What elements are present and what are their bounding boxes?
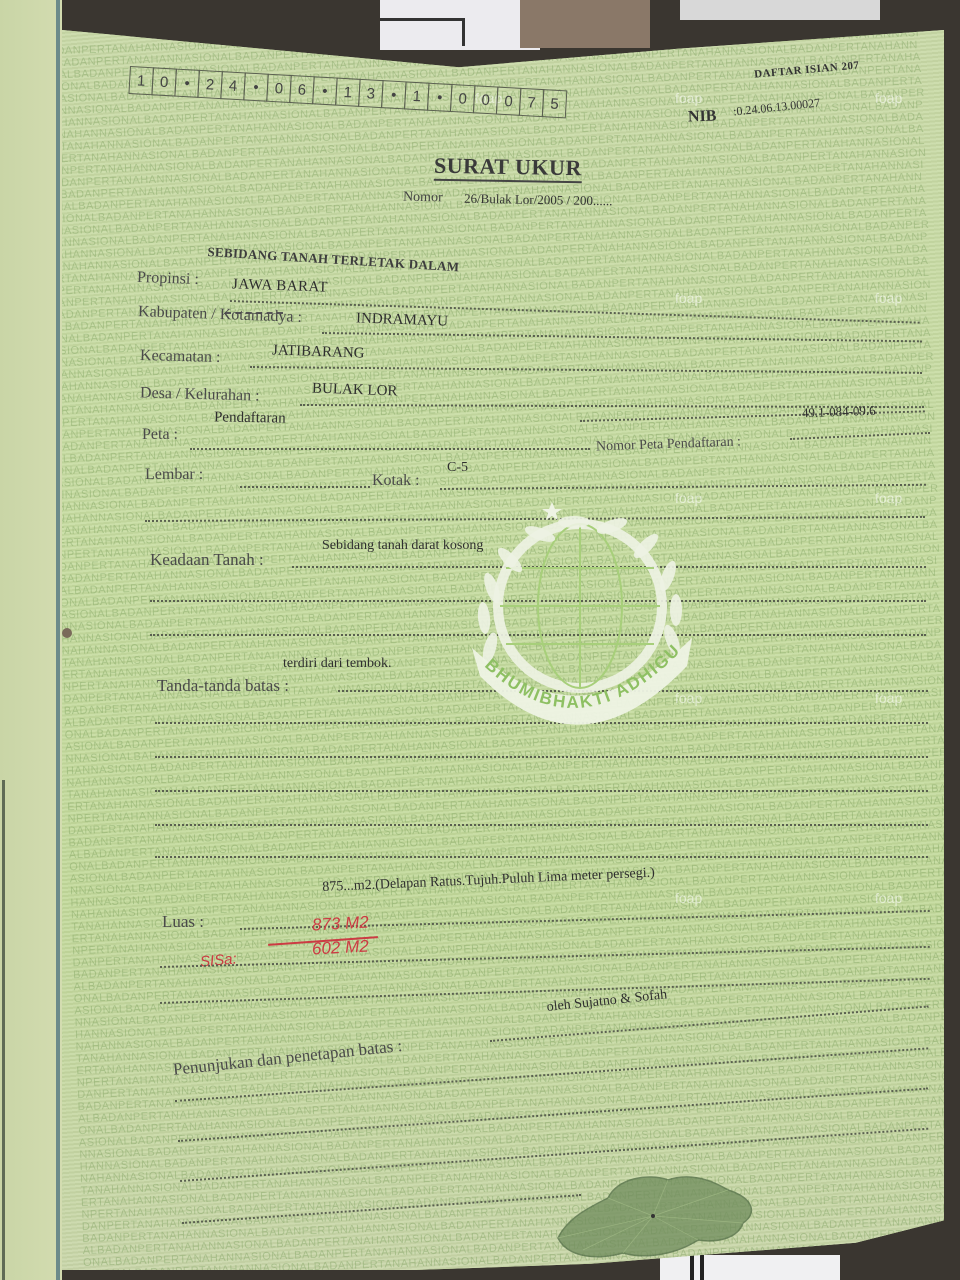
nib-value: :0.24.06.13.00027 — [732, 95, 820, 119]
number-box: 7 — [519, 88, 545, 117]
photo-watermark: foap — [875, 90, 902, 106]
number-box: • — [174, 69, 200, 98]
number-box: 2 — [197, 70, 223, 99]
peta-dotted-line — [190, 448, 590, 450]
number-box: 0 — [266, 74, 292, 103]
kotak-label: Kotak : — [372, 472, 420, 490]
luas-label: Luas : — [162, 912, 204, 932]
number-box: 0 — [450, 84, 476, 113]
keadaan-tanah-label: Keadaan Tanah : — [150, 550, 264, 570]
penunjukan-label: Penunjukan dan penetapan batas : — [172, 1036, 403, 1080]
number-box: 0 — [151, 67, 177, 96]
lembar-label: Lembar : — [145, 466, 203, 484]
kabupaten-label: Kabupaten / Kotamadya : — [138, 303, 302, 327]
propinsi-value: JAWA BARAT — [232, 276, 328, 296]
propinsi-label: Propinsi : — [137, 269, 199, 289]
blank-dotted-line — [160, 978, 930, 1004]
blank-dotted-line — [182, 1194, 581, 1224]
handwritten-correction: 602 M2 — [312, 937, 370, 960]
number-box: • — [427, 83, 453, 112]
keadaan-tanah-value: Sebidang tanah darat kosong — [322, 538, 483, 554]
nomor-peta-label: Nomor Peta Pendaftaran : — [596, 434, 741, 455]
luas-value: 875...m2.(Delapan Ratus.Tujuh.Puluh Lima… — [322, 865, 655, 895]
photo-watermark: foap — [675, 90, 702, 106]
handwritten-number-boxes: 10•24•06•13•1•00075 — [128, 66, 566, 118]
peta-value: Pendaftaran — [214, 409, 286, 427]
photo-watermark: foap — [875, 490, 902, 506]
number-box: 1 — [335, 78, 361, 107]
tanda-batas-value: terdiri dari tembok. — [283, 656, 391, 672]
blank-dotted-line — [160, 946, 930, 968]
blank-dotted-line — [178, 1088, 928, 1142]
number-box: 0 — [473, 85, 499, 114]
nomor-peta-value: 49.1-084-09.6 — [802, 403, 876, 422]
photo-watermark: foap — [875, 890, 902, 906]
number-box: • — [312, 76, 338, 105]
photo-watermark: foap — [675, 290, 702, 306]
number-box: • — [381, 80, 407, 109]
tanda-batas-label: Tanda-tanda batas : — [157, 676, 289, 696]
nomor-label: Nomor — [403, 190, 443, 207]
kabupaten-value: INDRAMAYU — [356, 310, 449, 330]
peta-label: Peta : — [142, 426, 178, 444]
blank-dotted-line — [155, 856, 928, 858]
nomor-value: 26/Bulak Lor/2005 / 200...... — [464, 191, 613, 210]
nib-label: NIB — [688, 108, 717, 127]
number-box: 4 — [220, 71, 246, 100]
blank-dotted-line — [155, 790, 928, 792]
number-box: 1 — [404, 81, 430, 110]
kecamatan-value: JATIBARANG — [272, 342, 365, 362]
handwritten-correction: 873 M2 — [312, 913, 370, 936]
photo-watermark: foap — [875, 290, 902, 306]
form-code: DAFTAR ISIAN 207 — [754, 59, 860, 80]
propinsi-dotted-line — [230, 300, 920, 324]
number-box: 1 — [128, 66, 154, 95]
desa-label: Desa / Kelurahan : — [140, 384, 260, 405]
blank-dotted-line — [155, 756, 928, 758]
number-box: 0 — [496, 87, 522, 116]
kabupaten-dotted-line — [322, 332, 922, 342]
security-rosette — [548, 1168, 758, 1263]
number-box: 6 — [289, 75, 315, 104]
kotak-value: C-5 — [447, 460, 468, 476]
number-box: 5 — [542, 89, 568, 118]
number-box: 3 — [358, 79, 384, 108]
photo-watermark: foap — [875, 690, 902, 706]
kecamatan-dotted-line — [250, 366, 922, 374]
handwritten-sisa-label: SISa: — [199, 950, 237, 970]
kecamatan-label: Kecamatan : — [140, 347, 221, 367]
number-box: • — [243, 72, 269, 101]
penunjukan-value: oleh Sujatno & Sofah — [546, 987, 668, 1016]
desa-value: BULAK LOR — [312, 381, 398, 401]
photo-watermark: foap — [675, 890, 702, 906]
document-title: SURAT UKUR — [434, 153, 582, 184]
bpn-seal-emblem: BHUMIBHAKTI ADHIGUNA — [462, 488, 702, 728]
nomor-peta-dotted-line — [790, 432, 930, 440]
lembar-dotted-line — [240, 486, 370, 488]
section-heading: SEBIDANG TANAH TERLETAK DALAM — [207, 244, 460, 275]
blank-dotted-line — [155, 824, 928, 826]
